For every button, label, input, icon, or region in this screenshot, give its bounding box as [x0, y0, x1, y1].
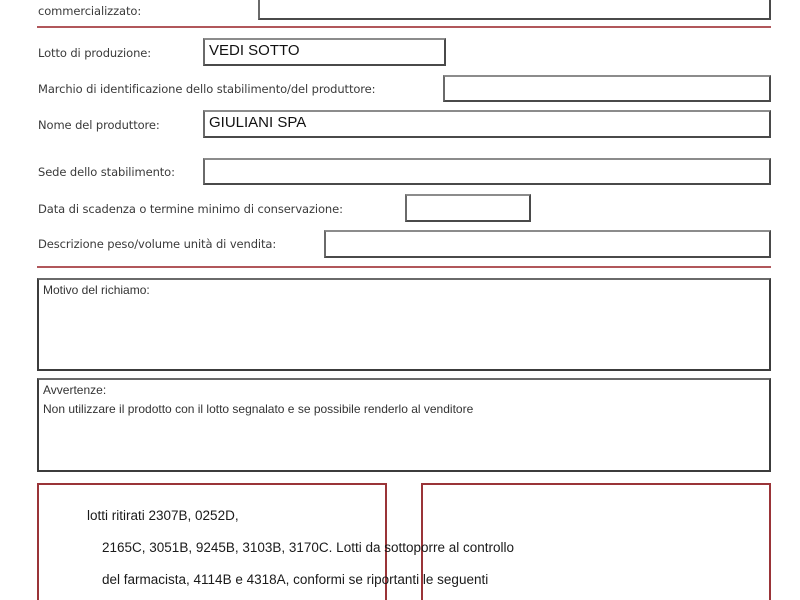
produttore-value: GIULIANI SPA [209, 114, 306, 131]
peso-label: Descrizione peso/volume unità di vendita… [38, 237, 276, 251]
produttore-label: Nome del produttore: [38, 118, 160, 132]
scadenza-label: Data di scadenza o termine minimo di con… [38, 202, 343, 216]
section-divider [37, 26, 771, 28]
lots-line-3: del farmacista, 4114B e 4318A, conformi … [102, 572, 488, 587]
marchio-label: Marchio di identificazione dello stabili… [38, 82, 375, 96]
lots-line-1: lotti ritirati 2307B, 0252D, [87, 508, 239, 523]
sede-field[interactable] [203, 158, 771, 185]
avvertenze-text: Non utilizzare il prodotto con il lotto … [43, 402, 473, 416]
lotto-value: VEDI SOTTO [209, 42, 300, 59]
marchio-field[interactable] [443, 75, 771, 102]
lotto-field[interactable]: VEDI SOTTO [203, 38, 446, 66]
avvertenze-box[interactable]: Avvertenze: Non utilizzare il prodotto c… [37, 378, 771, 472]
lots-line-2: 2165C, 3051B, 9245B, 3103B, 3170C. Lotti… [102, 540, 514, 555]
sede-label: Sede dello stabilimento: [38, 165, 175, 179]
motivo-title: Motivo del richiamo: [43, 283, 150, 297]
section-divider [37, 266, 771, 268]
produttore-field[interactable]: GIULIANI SPA [203, 110, 771, 138]
lotto-label: Lotto di produzione: [38, 46, 151, 60]
peso-field[interactable] [324, 230, 771, 258]
avvertenze-title: Avvertenze: [43, 383, 106, 397]
commercializzato-field[interactable] [258, 0, 771, 20]
commercializzato-label: commercializzato: [38, 4, 141, 18]
motivo-box[interactable]: Motivo del richiamo: [37, 278, 771, 371]
scadenza-field[interactable] [405, 194, 531, 222]
